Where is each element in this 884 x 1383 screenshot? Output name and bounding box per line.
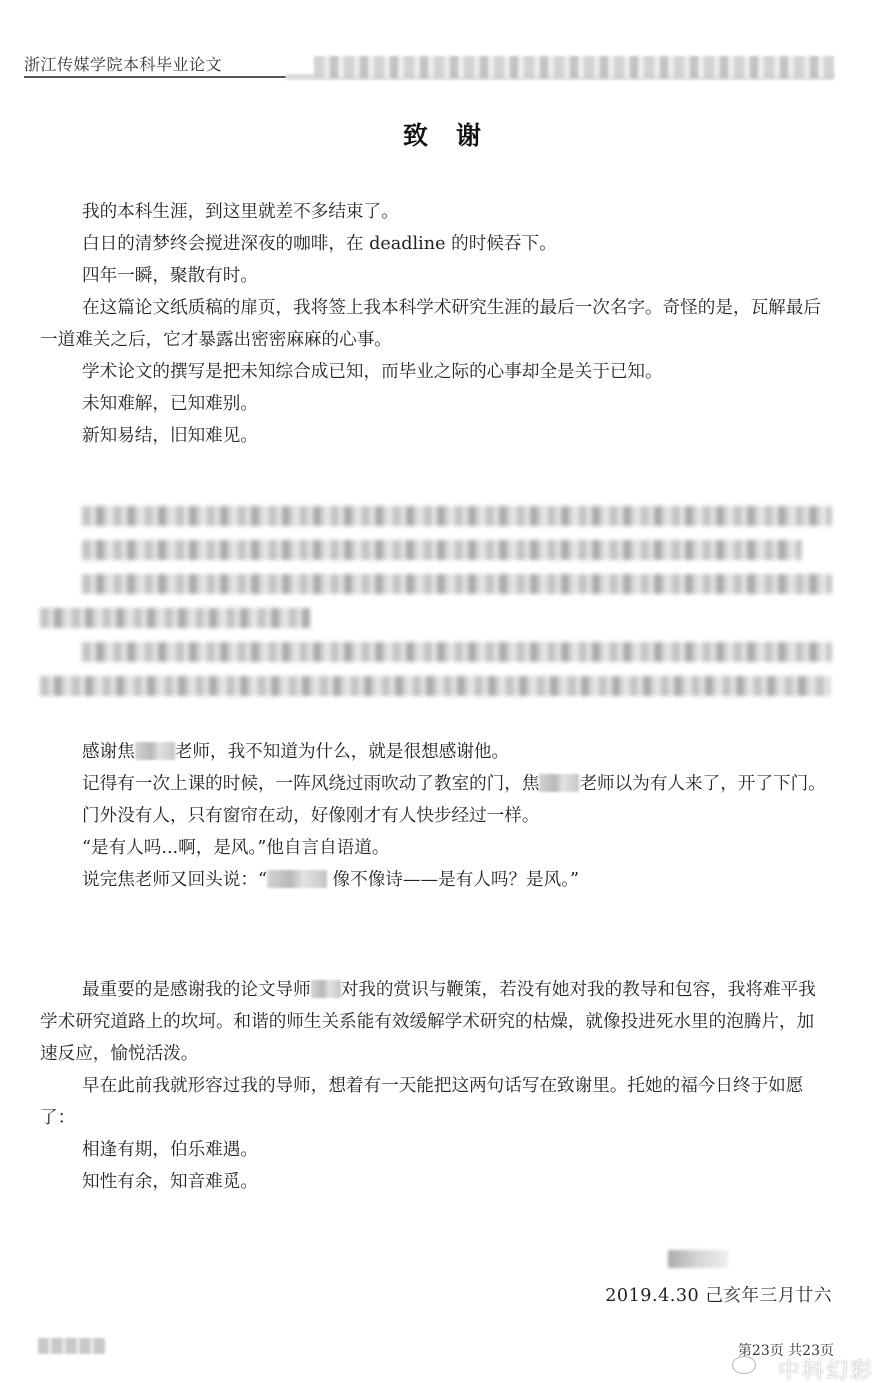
quote-redacted (267, 870, 327, 888)
section-advisor: 最重要的是感谢我的论文导师对我的赏识与鞭策，若没有她对我的教导和包容，我将难平我… (40, 974, 830, 1198)
header-rule (24, 76, 286, 78)
name-redacted (135, 742, 175, 760)
paragraph: 知性有余，知音难觅。 (40, 1166, 830, 1198)
school-header: 浙江传媒学院本科毕业论文 (24, 52, 222, 75)
paragraph: 新知易结，旧知难见。 (40, 420, 830, 452)
paragraph: 门外没有人，只有窗帘在动，好像刚才有人快步经过一样。 (40, 800, 830, 832)
thesis-title-redacted (314, 56, 834, 78)
paragraph: 未知难解，已知难别。 (40, 388, 830, 420)
paragraph: “是有人吗...啊，是风。”他自言自语道。 (40, 832, 830, 864)
paragraph: 最重要的是感谢我的论文导师对我的赏识与鞭策，若没有她对我的教导和包容，我将难平我… (40, 974, 830, 1070)
paragraph: 早在此前我就形容过我的导师，想着有一天能把这两句话写在致谢里。托她的福今日终于如… (40, 1070, 830, 1134)
weibo-icon (732, 1356, 756, 1374)
redacted-paragraph (40, 506, 830, 710)
watermark: 中科幻彩 (778, 1354, 874, 1383)
section-teacher: 感谢焦老师，我不知道为什么，就是很想感谢他。 记得有一次上课的时候，一阵风绕过雨… (40, 736, 830, 896)
paragraph: 我的本科生涯，到这里就差不多结束了。 (40, 196, 830, 228)
paragraph: 感谢焦老师，我不知道为什么，就是很想感谢他。 (40, 736, 830, 768)
paragraph: 相逢有期，伯乐难遇。 (40, 1134, 830, 1166)
paragraph: 记得有一次上课的时候，一阵风绕过雨吹动了教室的门，焦老师以为有人来了，开了下门。 (40, 768, 830, 800)
signature-redacted (668, 1250, 728, 1268)
page-title: 致谢 (0, 116, 884, 152)
name-redacted (539, 774, 579, 792)
footer-left-redacted (38, 1338, 106, 1354)
paragraph: 在这篇论文纸质稿的扉页，我将签上我本科学术研究生涯的最后一次名字。奇怪的是，瓦解… (40, 292, 830, 356)
section-opening: 我的本科生涯，到这里就差不多结束了。 白日的清梦终会搅进深夜的咖啡，在 dead… (40, 196, 830, 452)
paragraph: 白日的清梦终会搅进深夜的咖啡，在 deadline 的时候吞下。 (40, 228, 830, 260)
name-redacted (311, 980, 341, 998)
paragraph: 学术论文的撰写是把未知综合成已知，而毕业之际的心事却全是关于已知。 (40, 356, 830, 388)
page-header: 浙江传媒学院本科毕业论文 (24, 52, 834, 78)
signature-date: 2019.4.30 己亥年三月廿六 (605, 1282, 832, 1307)
paragraph: 四年一瞬，聚散有时。 (40, 260, 830, 292)
paragraph: 说完焦老师又回头说：“ 像不像诗——是有人吗？是风。” (40, 864, 830, 896)
